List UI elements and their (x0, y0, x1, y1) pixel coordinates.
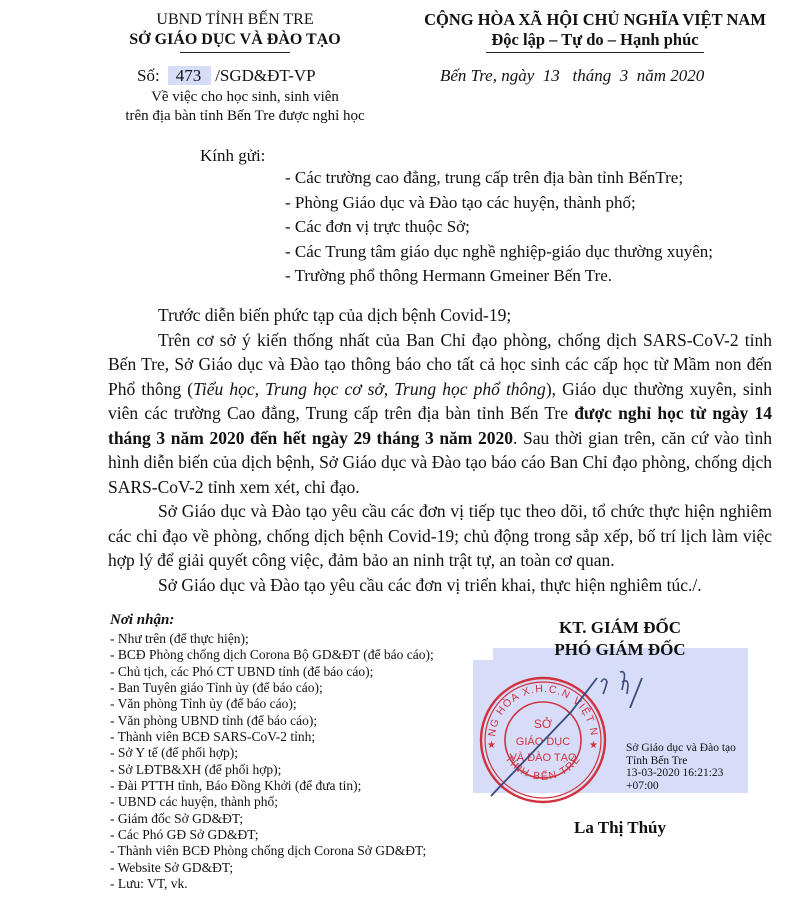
body-paragraph: Sở Giáo dục và Đào tạo yêu cầu các đơn v… (108, 499, 772, 573)
recipient-item: - Phòng Giáo dục và Đào tạo các huyện, t… (285, 191, 713, 216)
distribution-item: - Sở Y tế (để phối hợp); (110, 745, 434, 761)
distribution-item: - Đài PTTH tỉnh, Báo Đồng Khởi (để đưa t… (110, 778, 434, 794)
svg-text:★: ★ (589, 740, 598, 751)
sig-timezone: +07:00 (626, 780, 736, 793)
official-seal-icon: CỘNG HÒA X.H.C.N VIỆT NAM TỈNH BẾN TRE ★… (473, 668, 613, 808)
issue-date: Bến Tre, ngày 13 tháng 3 năm 2020 (440, 66, 704, 86)
distribution-item: - Văn phòng Tỉnh ủy (để báo cáo); (110, 696, 434, 712)
svg-text:SỞ: SỞ (534, 716, 553, 731)
issuing-authority: UBND TỈNH BẾN TRE SỞ GIÁO DỤC VÀ ĐÀO TẠO (95, 10, 375, 53)
number-suffix: /SGD&ĐT-VP (215, 66, 315, 85)
distribution-item: - Giám đốc Sở GD&ĐT; (110, 811, 434, 827)
distribution-item: - Văn phòng UBND tỉnh (để báo cáo); (110, 713, 434, 729)
body-paragraph: Trên cơ sở ý kiến thống nhất của Ban Chỉ… (108, 328, 772, 500)
signer-title: KT. GIÁM ĐỐC PHÓ GIÁM ĐỐC (470, 617, 770, 661)
nation-name: CỘNG HÒA XÃ HỘI CHỦ NGHĨA VIỆT NAM (405, 10, 785, 30)
document-subject: Về việc cho học sinh, sinh viên trên địa… (80, 88, 410, 126)
distribution-item: - Các Phó GĐ Sở GD&ĐT; (110, 827, 434, 843)
sig-timestamp: 13-03-2020 16:21:23 (626, 767, 736, 780)
sig-org-line-2: Tỉnh Bến Tre (626, 755, 736, 768)
national-header: CỘNG HÒA XÃ HỘI CHỦ NGHĨA VIỆT NAM Độc l… (405, 10, 785, 53)
signer-title-line-1: KT. GIÁM ĐỐC (470, 617, 770, 639)
sig-org-line-1: Sở Giáo dục và Đào tạo (626, 742, 736, 755)
recipient-item: - Các đơn vị trực thuộc Sở; (285, 215, 713, 240)
distribution-item: - UBND các huyện, thành phố; (110, 794, 434, 810)
document-number: Số:473/SGD&ĐT-VP (137, 66, 316, 86)
digital-signature-info: Sở Giáo dục và Đào tạo Tỉnh Bến Tre 13-0… (626, 742, 736, 792)
recipients-label: Kính gửi: (200, 146, 265, 166)
svg-text:★: ★ (487, 740, 496, 751)
motto-underline (486, 52, 704, 53)
agency-name: SỞ GIÁO DỤC VÀ ĐÀO TẠO (95, 30, 375, 50)
recipient-item: - Các Trung tâm giáo dục nghề nghiệp-giá… (285, 240, 713, 265)
recipient-item: - Trường phổ thông Hermann Gmeiner Bến T… (285, 264, 713, 289)
body-paragraph: Sở Giáo dục và Đào tạo yêu cầu các đơn v… (108, 573, 772, 598)
recipient-item: - Các trường cao đẳng, trung cấp trên đị… (285, 166, 713, 191)
signature-stroke-icon (612, 668, 662, 708)
distribution-item: - Ban Tuyên giáo Tỉnh ủy (để báo cáo); (110, 680, 434, 696)
national-motto: Độc lập – Tự do – Hạnh phúc (405, 30, 785, 50)
distribution-title: Nơi nhận: (110, 612, 174, 629)
subject-line-2: trên địa bàn tỉnh Bến Tre được nghỉ học (80, 107, 410, 126)
distribution-item: - Thành viên BCĐ SARS-CoV-2 tỉnh; (110, 729, 434, 745)
signer-name: La Thị Thúy (470, 818, 770, 838)
distribution-item: - Lưu: VT, vk. (110, 876, 434, 892)
authority-name: UBND TỈNH BẾN TRE (95, 10, 375, 30)
body-paragraph: Trước diễn biến phức tạp của dịch bệnh C… (108, 303, 772, 328)
distribution-item: - Như trên (để thực hiện); (110, 631, 434, 647)
distribution-item: - BCĐ Phòng chống dịch Corona Bộ GD&ĐT (… (110, 647, 434, 663)
document-body: Trước diễn biến phức tạp của dịch bệnh C… (108, 303, 772, 597)
distribution-item: - Thành viên BCĐ Phòng chống dịch Corona… (110, 843, 434, 859)
number-value: 473 (168, 66, 212, 85)
signer-title-line-2: PHÓ GIÁM ĐỐC (470, 639, 770, 661)
agency-underline (180, 52, 290, 53)
distribution-item: - Sở LĐTB&XH (để phối hợp); (110, 762, 434, 778)
body-italic-text: Tiểu học, Trung học cơ sở, Trung học phổ… (193, 379, 546, 399)
distribution-item: - Chủ tịch, các Phó CT UBND tỉnh (để báo… (110, 664, 434, 680)
distribution-item: - Website Sở GD&ĐT; (110, 860, 434, 876)
number-prefix: Số: (137, 66, 160, 85)
recipients-list: - Các trường cao đẳng, trung cấp trên đị… (285, 166, 713, 289)
svg-text:VÀ ĐÀO TẠO: VÀ ĐÀO TẠO (509, 751, 576, 764)
subject-line-1: Về việc cho học sinh, sinh viên (80, 88, 410, 107)
distribution-list: - Như trên (để thực hiện);- BCĐ Phòng ch… (110, 631, 434, 893)
